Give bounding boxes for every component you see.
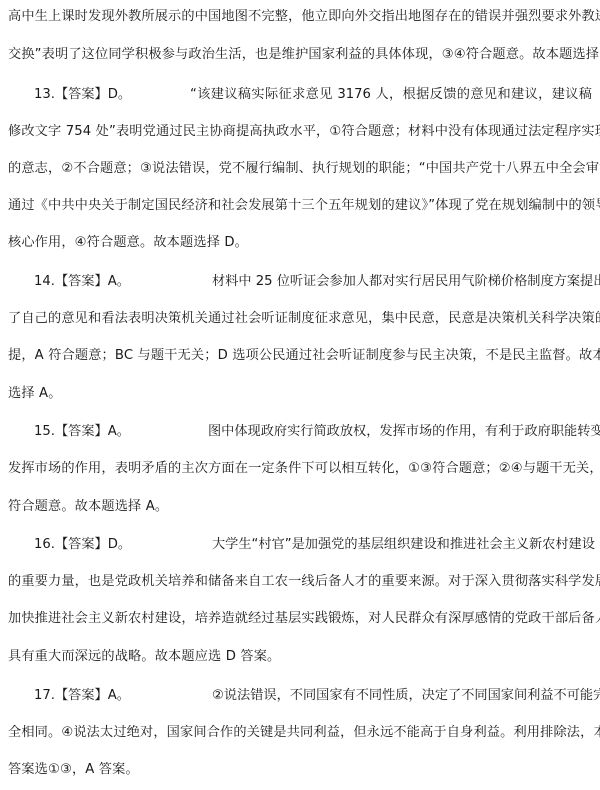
answer-first-line-16: 大学生“村官”是加强党的基层组织建设和推进社会主义新农村建设 [212,535,592,555]
text-line: 具有重大而深远的战略。故本题应选 D 答案。 [8,647,592,667]
answer-label-14: 14.【答案】A。 [34,272,130,292]
answer-label-17: 17.【答案】A。 [34,686,130,706]
answer-label-13: 13.【答案】D。 [34,85,131,105]
text-line: 发挥市场的作用，表明矛盾的主次方面在一定条件下可以相互转化，①③符合题意；②④与… [8,459,592,479]
text-line: 选择 A。 [8,384,592,404]
text-line: 交换”表明了这位同学积极参与政治生活，也是维护国家利益的具体体现，③④符合题意。… [8,45,592,65]
text-line: 的重要力量，也是党政机关培养和储备来自工农一线后备人才的重要来源。对于深入贯彻落… [8,572,592,592]
text-line: 提，A 符合题意；BC 与题干无关；D 选项公民通过社会听证制度参与民主决策，不… [8,346,592,366]
text-line: 修改文字 754 处”表明党通过民主协商提高执政水平，①符合题意；材料中没有体现… [8,122,592,142]
text-line: 符合题意。故本题选择 A。 [8,497,592,517]
text-line: 的意志，②不合题意；③说法错误，党不履行编制、执行规划的职能；“中国共产党十八界… [8,159,592,179]
text-line: 了自己的意见和看法表明决策机关通过社会听证制度征求意见，集中民意，民意是决策机关… [8,309,592,329]
text-line: 通过《中共中央关于制定国民经济和社会发展第十三个五年规划的建议》”体现了党在规划… [8,196,592,216]
text-line: 核心作用，④符合题意。故本题选择 D。 [8,233,592,253]
document-page: 高中生上课时发现外教所展示的中国地图不完整，他立即向外交指出地图存在的错误并强烈… [0,0,600,790]
text-line: 高中生上课时发现外教所展示的中国地图不完整，他立即向外交指出地图存在的错误并强烈… [8,7,592,27]
answer-label-15: 15.【答案】A。 [34,422,130,442]
answer-first-line-15: 图中体现政府实行简政放权，发挥市场的作用，有利于政府职能转变， [208,422,592,442]
text-line: 全相同。④说法太过绝对，国家间合作的关键是共同利益，但永远不能高于自身利益。利用… [8,723,592,743]
text-line: 答案选①③，A 答案。 [8,760,592,780]
answer-first-line-17: ②说法错误，不同国家有不同性质，决定了不同国家间利益不可能完 [212,686,592,706]
text-line: 加快推进社会主义新农村建设，培养造就经过基层实践锻炼，对人民群众有深厚感情的党政… [8,609,592,629]
answer-first-line-14: 材料中 25 位听证会参加人都对实行居民用气阶梯价格制度方案提出 [212,272,592,292]
answer-label-16: 16.【答案】D。 [34,535,131,555]
answer-first-line-13: “该建议稿实际征求意见 3176 人，根据反馈的意见和建议，建议稿 [190,85,592,105]
